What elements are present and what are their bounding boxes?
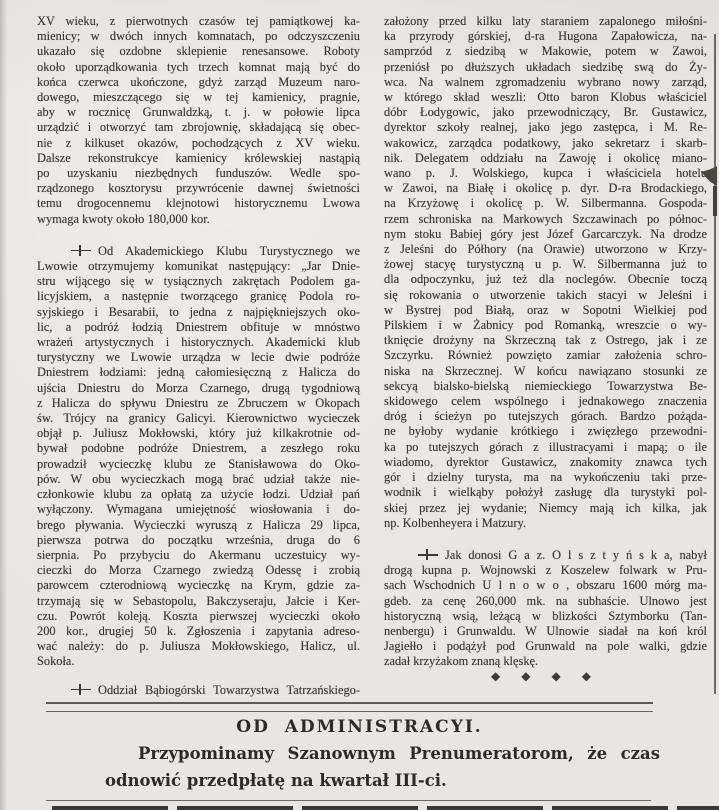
text-line: wakowicz, zarządca podatkowy, jako sekre…	[384, 136, 707, 151]
scanned-journal-page: XV wieku, z pierwotnych czasów tej pamią…	[0, 0, 719, 810]
text-line: dla odpoczynku, już też dla noclegów. Ob…	[384, 272, 707, 287]
text-line: XV wieku, z pierwotnych czasów tej pamią…	[37, 14, 360, 29]
text-line: mienicy; w dwóch innych komnatach, po od…	[37, 29, 360, 44]
text-line: św. Trójcy na granicy Galicyi. Kierownic…	[37, 411, 360, 426]
text-line: temu drogocennemu klejnotowi historyczne…	[37, 196, 360, 211]
text-line: Szczyrku. Również powzięto zamiar założe…	[384, 348, 707, 363]
text-line: nik. Delegatem oddziału na Zawoję i okol…	[384, 151, 707, 166]
text-line: Jak donosi G a z. O l s z t y ń s k a, n…	[384, 548, 707, 563]
text-line: rządzonego kosztorysu przywrócenie dawne…	[37, 181, 360, 196]
paragraph: Oddział Bąbiogórski Towarzystwa Tatrzańs…	[37, 683, 360, 698]
text-line: dyrektor szkoły realnej, jako jego zastę…	[384, 120, 707, 135]
item-marker-cross-icon	[71, 245, 91, 256]
admin-notice-body: Przypominamy Szanownym Prenumeratorom, ż…	[105, 741, 660, 794]
text-line: lic, a podróż łodzią Dniestrem obfituje …	[37, 320, 360, 335]
text-line: dóbr Łodygowic, jako przewodniczący, Br.…	[384, 105, 707, 120]
text-line: ukazało się ozdobne sklepienie renesanso…	[37, 44, 360, 59]
text-line: objął p. Juliusz Mokłowski, który już ki…	[37, 426, 360, 441]
text-line: bywał podobne podróże Dniestrem, a zeszł…	[37, 441, 360, 456]
text-line: wrażeń artystycznych i historycznych. Ak…	[37, 335, 360, 350]
text-line: założony przed kilku laty staraniem zapa…	[384, 14, 707, 29]
text-line: urządzić i otworzyć tam zbrojownię, skła…	[37, 120, 360, 135]
admin-notice-line: Przypominamy Szanownym Prenumeratorom, ż…	[105, 741, 660, 768]
text-line: samprzód z siedzibą w Makowie, potem w Z…	[384, 44, 707, 59]
text-line: Lwowie otrzymujemy komunikat następujący…	[37, 259, 360, 274]
paragraph: XV wieku, z pierwotnych czasów tej pamią…	[37, 14, 360, 227]
right-text-column: założony przed kilku laty staraniem zapa…	[384, 14, 707, 670]
text-line: w Zawoi, na Białę i okolicę p. dyr. D-ra…	[384, 181, 707, 196]
left-scan-edge-shadow	[0, 0, 7, 810]
text-line: trzymają się w Sebastopolu, Bakczyseraju…	[37, 594, 360, 609]
text-line: sach Wschodnich U l n o w o , obszaru 16…	[384, 578, 707, 593]
text-line: parowcem czterodniową wycieczkę na Krym,…	[37, 578, 360, 593]
text-line: Sokoła.	[37, 654, 360, 669]
text-line: Od Akademickiego Klubu Turystycznego we	[37, 244, 360, 259]
text-line: gór i dzielny turysta, ma na wykończeniu…	[384, 470, 707, 485]
administration-notice: OD ADMINISTRACYI. Przypominamy Szanownym…	[0, 717, 719, 794]
left-text-column: XV wieku, z pierwotnych czasów tej pamią…	[37, 14, 360, 698]
text-line: się rokowania o utworzenie takich stacyi…	[384, 288, 707, 303]
text-line: brego pływania. Wycieczki wyruszą z Hali…	[37, 518, 360, 533]
double-horizontal-rule	[46, 702, 653, 712]
text-line: Oddział Bąbiogórski Towarzystwa Tatrzańs…	[37, 683, 360, 698]
text-line: wyłączony. Wymagana umiejętność wiosłowa…	[37, 502, 360, 517]
text-line: wca. Na walnem zgromadzeniu wybrano nowy…	[384, 75, 707, 90]
text-line: dowego, mieszczącego się w tej kamienicy…	[37, 90, 360, 105]
text-line: aby w rocznicę Grunwaldzką, t. j. w poło…	[37, 105, 360, 120]
item-marker-cross-icon	[71, 684, 91, 695]
text-line: historyczną wsią, leżącą w blizkości Szt…	[384, 609, 707, 624]
item-marker-cross-icon	[418, 549, 438, 560]
text-line: z Halicza do spływu Dniestru ze Zbruczem…	[37, 396, 360, 411]
thin-horizontal-rule	[46, 800, 651, 801]
text-line: ka przyrody górskiej, d-ra Hugona Zapało…	[384, 29, 707, 44]
text-line: licyjskiem, a następnie tworzącego grani…	[37, 289, 360, 304]
paragraph: Jak donosi G a z. O l s z t y ń s k a, n…	[384, 548, 707, 670]
admin-notice-line: odnowić przedpłatę na kwartał III-ci.	[105, 768, 660, 795]
text-line: wodnik i wielkąby położył zasługę dla tu…	[384, 485, 707, 500]
text-line: wać należy: do p. Juliusza Mokłowskiego,…	[37, 639, 360, 654]
text-line: nenbergu) i Grunwaldu. W Ulnowie siadał …	[384, 624, 707, 639]
text-line: dróg i ścieżyn po tutejszych górach. Bar…	[384, 409, 707, 424]
diamond-separator-icons: ◆ ◆ ◆ ◆	[384, 669, 707, 684]
text-line: sekcyą bialsko-bielską niemieckiego Towa…	[384, 379, 707, 394]
paragraph: Od Akademickiego Klubu Turystycznego weL…	[37, 244, 360, 670]
text-line: po uzyskaniu niezbędnych funduszów. Wedl…	[37, 166, 360, 181]
text-line: niska na Skrzecznej. W końcu nawiązano s…	[384, 364, 707, 379]
text-line: drogą kupna p. Wojnowski z Koszelew folw…	[384, 563, 707, 578]
text-line: z Jeleśni do Półhory (na Orawie) utworzo…	[384, 242, 707, 257]
text-line: w którego skład weszli: Otto baron Klobu…	[384, 90, 707, 105]
text-line: członkowie klubu za opłatą za użycie łod…	[37, 487, 360, 502]
text-line: Pilskiem i w Żabnicy pod Romanką, wreszc…	[384, 318, 707, 333]
text-line: wiadomo, dyrektor Gustawicz, znakomity z…	[384, 455, 707, 470]
text-line: końca czerwca ukończone, gdyż zarząd Muz…	[37, 75, 360, 90]
paragraph: założony przed kilku laty staraniem zapa…	[384, 14, 707, 531]
text-line: żowej stacyę turystyczną u p. W. Silberm…	[384, 257, 707, 272]
text-line: nie z kilkuset okazów, pochodzących z XV…	[37, 136, 360, 151]
text-line: Jagiełło i podążył pod Grunwald na pole …	[384, 639, 707, 654]
text-line: czu. Powrót koleją. Koszta pierwszej wyc…	[37, 609, 360, 624]
text-line: 200 kor., drugiej 50 k. Zgłoszenia i zap…	[37, 624, 360, 639]
admin-notice-heading: OD ADMINISTRACYI.	[0, 717, 719, 737]
text-line: skiej przez jej wydanie; Niemcy mają ich…	[384, 501, 707, 516]
text-line: przeniósł po dłuższych układach siedzibę…	[384, 60, 707, 75]
text-line: w Bystrej pod Białą, oraz w Sopotni Wiel…	[384, 303, 707, 318]
text-line: pów. W obu wycieczkach mogą brać udział …	[37, 472, 360, 487]
text-line: rzem schroniska na Markowych Szczawinach…	[384, 212, 707, 227]
text-line: cieczki do Morza Czarnego zwiedzą Odessę…	[37, 563, 360, 578]
text-line: sierpnia. Po przybyciu do Akermanu uczes…	[37, 548, 360, 563]
text-line: ne byłoby wydanie krótkiego i zwięzłego …	[384, 424, 707, 439]
text-line: około uporządkowania tych trzech komnat …	[37, 60, 360, 75]
text-line: wymaga kwoty około 180,000 kor.	[37, 212, 360, 227]
text-line: Dalsze rekonstrukcye kamienicy królewski…	[37, 151, 360, 166]
text-line: tknięcie drożyny na Skrzeczną tak z Ostr…	[384, 333, 707, 348]
text-line: Dniestrem łodziami: jedną całomiesięczną…	[37, 365, 360, 380]
text-line: syjskiego i Besarabii, to jedna z najpię…	[37, 305, 360, 320]
text-line: gdeb. za cenę 260,000 mk. na subhaście. …	[384, 594, 707, 609]
text-line: stru wijącego się w tysiącznych zakrętac…	[37, 274, 360, 289]
text-line: wano p. J. Wolskiego, kupca i właściciel…	[384, 166, 707, 181]
right-scan-edge-thick-mark	[713, 186, 717, 216]
text-line: prowadził wycieczkę klubu ze Stanisławow…	[37, 457, 360, 472]
text-line: na Krzyżowę i okolicę p. W. Silbermanna.…	[384, 196, 707, 211]
text-line: skidowego celem wspólnego i jednakowego …	[384, 394, 707, 409]
heavy-bottom-rule	[52, 806, 719, 810]
text-line: nym stoku Babiej góry jest Józef Garcarc…	[384, 227, 707, 242]
text-line: pierwsza potrwa do początku września, dr…	[37, 533, 360, 548]
text-line: np. Kolbenheyera i Matzury.	[384, 516, 707, 531]
right-scan-edge-line	[714, 34, 716, 694]
text-line: ujścia Dniestru do Morza Czarnego, drugą…	[37, 381, 360, 396]
text-line: zadał krzyżakom znaną klęskę.	[384, 654, 707, 669]
text-line: ka po tutejszych górach z illustracyami …	[384, 440, 707, 455]
text-line: turystyczny we Lwowie urządza w lecie dw…	[37, 350, 360, 365]
